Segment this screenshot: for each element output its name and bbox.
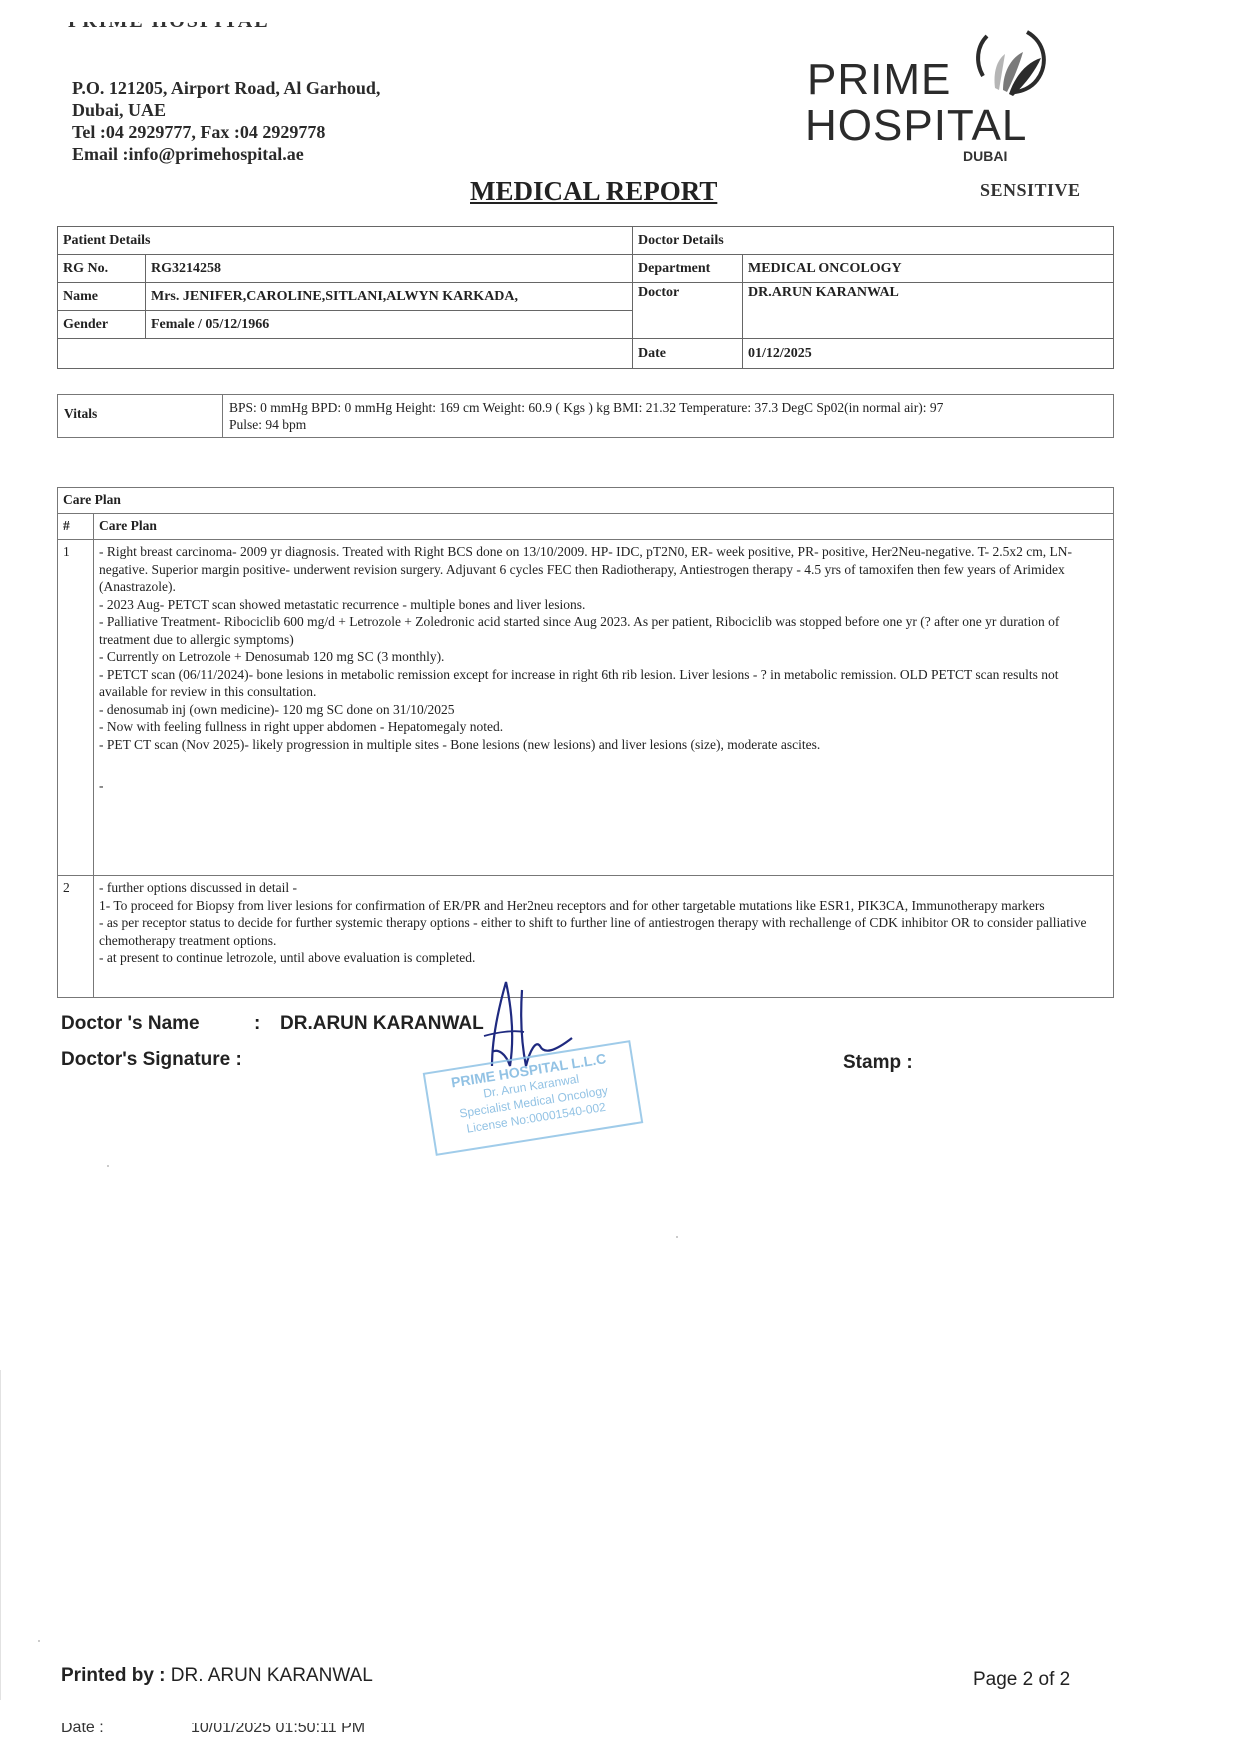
vitals-values: BPS: 0 mmHg BPD: 0 mmHg Height: 169 cm W… (223, 395, 1114, 438)
vitals-label: Vitals (58, 395, 223, 438)
cut-off-print-date: Date : 10/01/2025 01:50:11 PM (61, 1723, 421, 1733)
scan-speck (107, 1165, 109, 1167)
care-plan-row: 1 - Right breast carcinoma- 2009 yr diag… (58, 540, 1114, 876)
care-plan-entry: - Right breast carcinoma- 2009 yr diagno… (94, 540, 1114, 876)
hospital-stamp: PRIME HOSPITAL L.L.C Dr. Arun Karanwal S… (423, 1040, 644, 1156)
address-line: P.O. 121205, Airport Road, Al Garhoud, (72, 77, 380, 99)
care-plan-line: - Right breast carcinoma- 2009 yr diagno… (99, 543, 1108, 596)
logo-text-prime: PRIME (807, 58, 951, 102)
care-plan-line: - 2023 Aug- PETCT scan showed metastatic… (99, 596, 1108, 614)
cut-off-header-line: PRIME HOSPITAL LLC (68, 22, 298, 36)
care-plan-line: - PETCT scan (06/11/2024)- bone lesions … (99, 666, 1108, 701)
patient-name-value: Mrs. JENIFER,CAROLINE,SITLANI,ALWYN KARK… (146, 283, 633, 311)
vitals-line: BPS: 0 mmHg BPD: 0 mmHg Height: 169 cm W… (229, 399, 1107, 416)
vitals-pulse-line: Pulse: 94 bpm (229, 416, 1107, 433)
email-line: Email :info@primehospital.ae (72, 143, 380, 165)
care-plan-line: - further options discussed in detail - (99, 879, 1108, 897)
doctor-value: DR.ARUN KARANWAL (743, 283, 1114, 339)
logo-text-hospital: HOSPITAL (805, 104, 1027, 148)
care-plan-section-header: Care Plan (58, 488, 1114, 514)
column-header-number: # (58, 514, 94, 540)
hospital-logo: PRIME HOSPITAL DUBAI (805, 28, 1085, 168)
name-label: Name (58, 283, 146, 311)
hospital-address: P.O. 121205, Airport Road, Al Garhoud, D… (72, 77, 380, 165)
care-plan-line: - as per receptor status to decide for f… (99, 914, 1108, 949)
phone-fax-line: Tel :04 2929777, Fax :04 2929778 (72, 121, 380, 143)
care-plan-line: 1- To proceed for Biopsy from liver lesi… (99, 897, 1108, 915)
department-value: MEDICAL ONCOLOGY (743, 255, 1114, 283)
gender-dob-value: Female / 05/12/1966 (146, 311, 633, 339)
doctor-name-value: DR.ARUN KARANWAL (280, 1013, 484, 1035)
printed-by-value: DR. ARUN KARANWAL (171, 1665, 373, 1686)
care-plan-trailing-dash: - (99, 777, 1108, 795)
doctor-details-header: Doctor Details (633, 227, 1114, 255)
print-datetime: 10/01/2025 01:50:11 PM (191, 1723, 365, 1733)
care-plan-table: Care Plan # Care Plan 1 - Right breast c… (57, 487, 1114, 998)
scan-speck (676, 1236, 678, 1238)
address-line: Dubai, UAE (72, 99, 380, 121)
column-header-care-plan: Care Plan (94, 514, 1114, 540)
doctor-name-label: Doctor 's Name (61, 1013, 200, 1035)
scan-speck (38, 1640, 40, 1642)
sensitivity-label: SENSITIVE (980, 180, 1081, 201)
care-plan-line: - PET CT scan (Nov 2025)- likely progres… (99, 736, 1108, 754)
care-plan-line: - Now with feeling fullness in right upp… (99, 718, 1108, 736)
care-plan-line: - Currently on Letrozole + Denosumab 120… (99, 648, 1108, 666)
doctor-name-colon: : (254, 1013, 260, 1035)
patient-empty-cell (58, 339, 633, 369)
vitals-table: Vitals BPS: 0 mmHg BPD: 0 mmHg Height: 1… (57, 394, 1114, 438)
care-plan-line: - at present to continue letrozole, unti… (99, 949, 1108, 967)
date-value: 01/12/2025 (743, 339, 1114, 369)
stamp-label: Stamp : (843, 1052, 913, 1074)
rg-value: RG3214258 (146, 255, 633, 283)
rg-label: RG No. (58, 255, 146, 283)
scan-edge-line (0, 1370, 1, 1700)
logo-text-dubai: DUBAI (963, 148, 1007, 164)
department-label: Department (633, 255, 743, 283)
care-plan-line: - denosumab inj (own medicine)- 120 mg S… (99, 701, 1108, 719)
doctor-label: Doctor (633, 283, 743, 339)
printed-by: Printed by : DR. ARUN KARANWAL (61, 1665, 373, 1687)
cut-off-header-text: PRIME HOSPITAL LLC (68, 22, 298, 36)
date-label: Date (633, 339, 743, 369)
page-number: Page 2 of 2 (973, 1669, 1070, 1691)
gender-label: Gender (58, 311, 146, 339)
patient-doctor-details-table: Patient Details Doctor Details RG No. RG… (57, 226, 1114, 369)
row-number: 2 (58, 876, 94, 998)
row-number: 1 (58, 540, 94, 876)
patient-details-header: Patient Details (58, 227, 633, 255)
doctor-signature-label: Doctor's Signature : (61, 1049, 242, 1071)
printed-by-label: Printed by : (61, 1665, 166, 1686)
care-plan-line: - Palliative Treatment- Ribociclib 600 m… (99, 613, 1108, 648)
report-title: MEDICAL REPORT (470, 176, 717, 207)
